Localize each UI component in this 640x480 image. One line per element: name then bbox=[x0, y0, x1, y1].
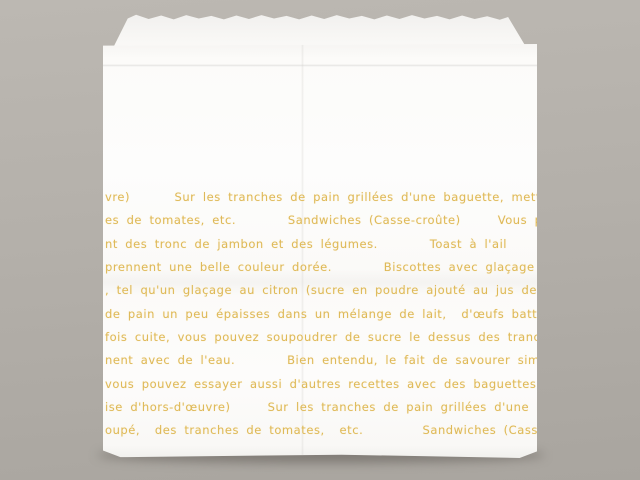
printed-text-line: de pain un peu épaisses dans un mélange … bbox=[105, 307, 537, 321]
printed-text-block: vre) Sur les tranches de pain grillées d… bbox=[103, 44, 537, 458]
printed-text-line: nent avec de l'eau. Bien entendu, le fai… bbox=[105, 353, 537, 367]
printed-text-line: prennent une belle couleur dorée. Biscot… bbox=[105, 260, 537, 274]
printed-text-line: vous pouvez essayer aussi d'autres recet… bbox=[105, 377, 537, 391]
printed-text-line: ise d'hors-d'œuvre) Sur les tranches de … bbox=[105, 400, 537, 414]
bag-front-panel: vre) Sur les tranches de pain grillées d… bbox=[103, 44, 537, 458]
printed-text-line: nt des tronc de jambon et des légumes. T… bbox=[105, 237, 537, 251]
printed-text-line: fois cuite, vous pouvez soupoudrer de su… bbox=[105, 330, 537, 344]
printed-text-line: es de tomates, etc. Sandwiches (Casse-cr… bbox=[105, 213, 537, 227]
printed-text-line: oupé, des tranches de tomates, etc. Sand… bbox=[105, 423, 537, 437]
printed-text-line: vre) Sur les tranches de pain grillées d… bbox=[105, 190, 537, 204]
photo-scene: vre) Sur les tranches de pain grillées d… bbox=[0, 0, 640, 480]
printed-text-line: , tel qu'un glaçage au citron (sucre en … bbox=[105, 283, 537, 297]
paper-bag: vre) Sur les tranches de pain grillées d… bbox=[103, 14, 537, 458]
